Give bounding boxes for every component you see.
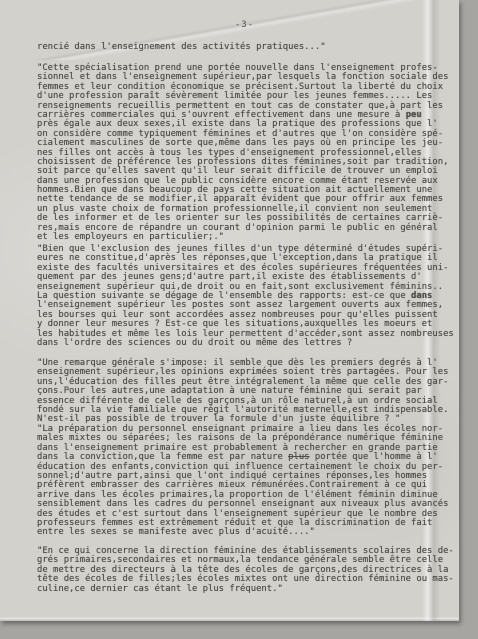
text-line: rencié dans l'enseignement des activités… <box>37 43 455 52</box>
paragraph-specialisation: "Cette spécialisation prend une portée n… <box>37 64 455 242</box>
text-line: dans l'ordre des sciences ou du droit ou… <box>37 339 455 348</box>
paragraph-direction-feminine: "En ce qui concerne la direction féminin… <box>37 547 455 594</box>
text-line: culine,ce dernier cas étant le plus fréq… <box>37 585 455 594</box>
paragraph-intro-fragment: rencié dans l'enseignement des activités… <box>37 43 455 52</box>
paragraph-remarque-generale: "Une remarque générale s'impose: il semb… <box>37 359 455 425</box>
text-line: entre les sexes se manifeste avec plus d… <box>37 528 455 537</box>
text-line: et les employeurs en particulier;." <box>37 233 455 242</box>
page-number: -3- <box>37 20 452 30</box>
scanned-page: -3- rencié dans l'enseignement des activ… <box>0 0 459 621</box>
paragraph-exclusion: "Bien que l'exclusion des jeunes filles … <box>37 245 455 348</box>
paragraph-preparation-personnel: "La préparation du personnel enseignant … <box>37 425 455 538</box>
